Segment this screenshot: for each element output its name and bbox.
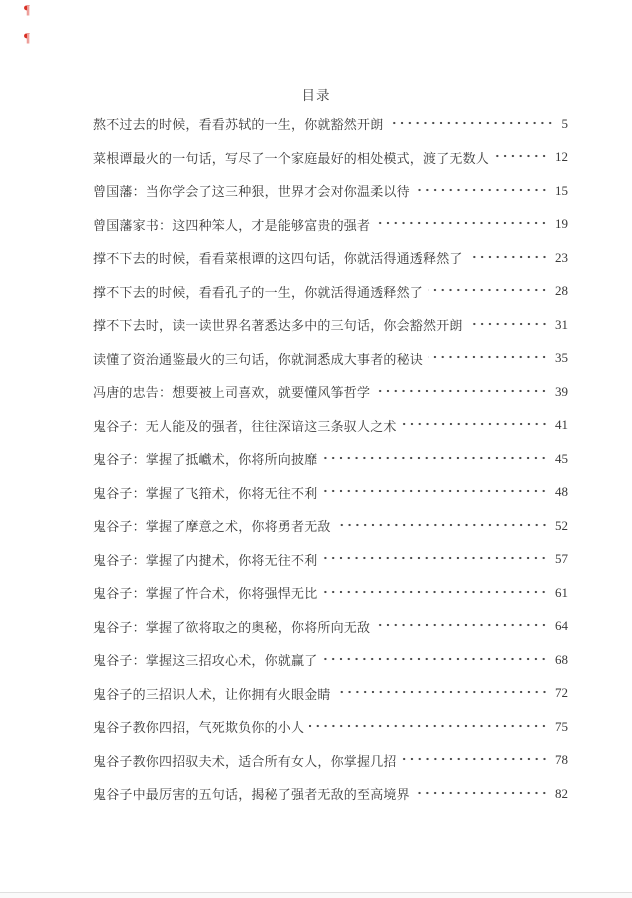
toc-entry[interactable]: 菜根谭最火的一句话，写尽了一个家庭最好的相处模式，渡了无数人 12 bbox=[93, 141, 568, 175]
toc-entry-page: 75 bbox=[555, 719, 568, 735]
toc-entry-title: 鬼谷子教你四招驭夫术，适合所有女人，你掌握几招 bbox=[93, 751, 397, 770]
toc-entry-title: 曾国藩：当你学会了这三种狠，世界才会对你温柔以待 bbox=[93, 181, 410, 200]
toc-entry-page: 41 bbox=[555, 417, 568, 433]
toc-entry-page: 5 bbox=[562, 116, 569, 132]
page-title: 目录 bbox=[0, 84, 632, 104]
toc-entry-title: 曾国藩家书：这四种笨人，才是能够富贵的强者 bbox=[93, 215, 370, 234]
toc-leader-dots bbox=[402, 754, 548, 766]
toc-entry-title: 鬼谷子：掌握了欲将取之的奥秘，你将所向无敌 bbox=[93, 617, 370, 636]
toc-entry[interactable]: 鬼谷子的三招识人术，让你拥有火眼金睛 72 bbox=[93, 677, 568, 711]
toc-entry-title: 鬼谷子中最厉害的五句话，揭秘了强者无敌的至高境界 bbox=[93, 784, 410, 803]
toc-entry[interactable]: 鬼谷子教你四招，气死欺负你的小人 75 bbox=[93, 710, 568, 744]
paragraph-mark-icon: ¶ bbox=[24, 2, 30, 17]
toc-entry-title: 读懂了资治通鉴最火的三句话，你就洞悉成大事者的秘诀 bbox=[93, 349, 423, 368]
toc-entry-page: 78 bbox=[555, 752, 568, 768]
toc-leader-dots bbox=[494, 151, 548, 163]
toc-entry[interactable]: 鬼谷子：掌握了欲将取之的奥秘，你将所向无敌 64 bbox=[93, 610, 568, 644]
toc-leader-dots bbox=[309, 721, 548, 733]
toc-entry[interactable]: 曾国藩：当你学会了这三种狠，世界才会对你温柔以待 15 bbox=[93, 174, 568, 208]
toc-entry[interactable]: 曾国藩家书：这四种笨人，才是能够富贵的强者 19 bbox=[93, 208, 568, 242]
toc-entry-title: 冯唐的忠告：想要被上司喜欢，就要懂风筝哲学 bbox=[93, 382, 370, 401]
toc-entry[interactable]: 鬼谷子：掌握了内揵术，你将无往不利 57 bbox=[93, 543, 568, 577]
toc-leader-dots bbox=[468, 319, 548, 331]
toc-entry-page: 72 bbox=[555, 685, 568, 701]
toc-entry-title: 鬼谷子：掌握这三招攻心术，你就赢了 bbox=[93, 650, 317, 669]
toc-entry-title: 撑不下去的时候，看看孔子的一生，你就活得通透释然了 bbox=[93, 282, 423, 301]
toc-entry-page: 39 bbox=[555, 384, 568, 400]
toc-entry[interactable]: 撑不下去的时候，看看菜根谭的这四句话，你就活得通透释然了 23 bbox=[93, 241, 568, 275]
toc-list: 熬不过去的时候，看看苏轼的一生，你就豁然开朗 5 菜根谭最火的一句话，写尽了一个… bbox=[93, 107, 568, 811]
toc-entry-page: 57 bbox=[555, 551, 568, 567]
toc-entry-page: 52 bbox=[555, 518, 568, 534]
toc-entry-title: 鬼谷子：掌握了忤合术，你将强悍无比 bbox=[93, 583, 317, 602]
toc-entry-title: 菜根谭最火的一句话，写尽了一个家庭最好的相处模式，渡了无数人 bbox=[93, 148, 489, 167]
toc-leader-dots bbox=[322, 486, 548, 498]
toc-entry[interactable]: 鬼谷子中最厉害的五句话，揭秘了强者无敌的至高境界 82 bbox=[93, 777, 568, 811]
document-page: ¶ ¶ 目录 熬不过去的时候，看看苏轼的一生，你就豁然开朗 5 菜根谭最火的一句… bbox=[0, 0, 632, 898]
toc-entry-title: 撑不下去时，读一读世界名著悉达多中的三句话，你会豁然开朗 bbox=[93, 315, 463, 334]
toc-entry-page: 68 bbox=[555, 652, 568, 668]
toc-entry-page: 45 bbox=[555, 451, 568, 467]
toc-leader-dots bbox=[402, 419, 548, 431]
toc-entry[interactable]: 鬼谷子：掌握了飞箝术，你将无往不利 48 bbox=[93, 476, 568, 510]
toc-leader-dots bbox=[415, 185, 548, 197]
toc-leader-dots bbox=[428, 285, 548, 297]
toc-leader-dots bbox=[336, 687, 548, 699]
toc-leader-dots bbox=[322, 553, 548, 565]
toc-entry[interactable]: 撑不下去的时候，看看孔子的一生，你就活得通透释然了 28 bbox=[93, 275, 568, 309]
toc-entry-title: 撑不下去的时候，看看菜根谭的这四句话，你就活得通透释然了 bbox=[93, 248, 463, 267]
toc-leader-dots bbox=[322, 453, 548, 465]
toc-leader-dots bbox=[375, 386, 548, 398]
toc-entry-page: 19 bbox=[555, 216, 568, 232]
toc-entry-page: 31 bbox=[555, 317, 568, 333]
toc-entry-page: 28 bbox=[555, 283, 568, 299]
toc-entry-title: 鬼谷子：掌握了抵巇术，你将所向披靡 bbox=[93, 449, 317, 468]
toc-entry[interactable]: 冯唐的忠告：想要被上司喜欢，就要懂风筝哲学 39 bbox=[93, 375, 568, 409]
toc-entry-title: 鬼谷子：掌握了摩意之术，你将勇者无敌 bbox=[93, 516, 331, 535]
toc-entry-title: 鬼谷子：掌握了内揵术，你将无往不利 bbox=[93, 550, 317, 569]
toc-entry[interactable]: 撑不下去时，读一读世界名著悉达多中的三句话，你会豁然开朗 31 bbox=[93, 308, 568, 342]
toc-entry-title: 鬼谷子：无人能及的强者，往往深谙这三条驭人之术 bbox=[93, 416, 397, 435]
toc-entry-page: 64 bbox=[555, 618, 568, 634]
toc-leader-dots bbox=[375, 620, 548, 632]
toc-leader-dots bbox=[322, 654, 548, 666]
toc-entry-page: 61 bbox=[555, 585, 568, 601]
toc-leader-dots bbox=[468, 252, 548, 264]
toc-leader-dots bbox=[375, 218, 548, 230]
toc-entry-title: 鬼谷子的三招识人术，让你拥有火眼金睛 bbox=[93, 684, 331, 703]
toc-leader-dots bbox=[388, 118, 554, 130]
toc-entry-page: 15 bbox=[555, 183, 568, 199]
toc-entry[interactable]: 读懂了资治通鉴最火的三句话，你就洞悉成大事者的秘诀 35 bbox=[93, 342, 568, 376]
toc-entry-page: 23 bbox=[555, 250, 568, 266]
toc-entry[interactable]: 熬不过去的时候，看看苏轼的一生，你就豁然开朗 5 bbox=[93, 107, 568, 141]
toc-leader-dots bbox=[322, 587, 548, 599]
annotation-marks: ¶ ¶ bbox=[24, 2, 30, 45]
toc-entry[interactable]: 鬼谷子：掌握了抵巇术，你将所向披靡 45 bbox=[93, 442, 568, 476]
page-bottom-divider bbox=[0, 892, 632, 898]
toc-entry-title: 鬼谷子：掌握了飞箝术，你将无往不利 bbox=[93, 483, 317, 502]
toc-entry[interactable]: 鬼谷子：掌握了忤合术，你将强悍无比 61 bbox=[93, 576, 568, 610]
toc-entry-page: 35 bbox=[555, 350, 568, 366]
paragraph-mark-icon: ¶ bbox=[24, 30, 30, 45]
toc-entry[interactable]: 鬼谷子教你四招驭夫术，适合所有女人，你掌握几招 78 bbox=[93, 744, 568, 778]
toc-entry-page: 82 bbox=[555, 786, 568, 802]
toc-entry-title: 鬼谷子教你四招，气死欺负你的小人 bbox=[93, 717, 304, 736]
toc-leader-dots bbox=[428, 352, 548, 364]
toc-entry[interactable]: 鬼谷子：掌握这三招攻心术，你就赢了 68 bbox=[93, 643, 568, 677]
toc-entry-page: 48 bbox=[555, 484, 568, 500]
toc-entry[interactable]: 鬼谷子：掌握了摩意之术，你将勇者无敌 52 bbox=[93, 509, 568, 543]
toc-leader-dots bbox=[415, 788, 548, 800]
toc-leader-dots bbox=[336, 520, 548, 532]
toc-entry[interactable]: 鬼谷子：无人能及的强者，往往深谙这三条驭人之术 41 bbox=[93, 409, 568, 443]
toc-entry-title: 熬不过去的时候，看看苏轼的一生，你就豁然开朗 bbox=[93, 114, 383, 133]
toc-entry-page: 12 bbox=[555, 149, 568, 165]
